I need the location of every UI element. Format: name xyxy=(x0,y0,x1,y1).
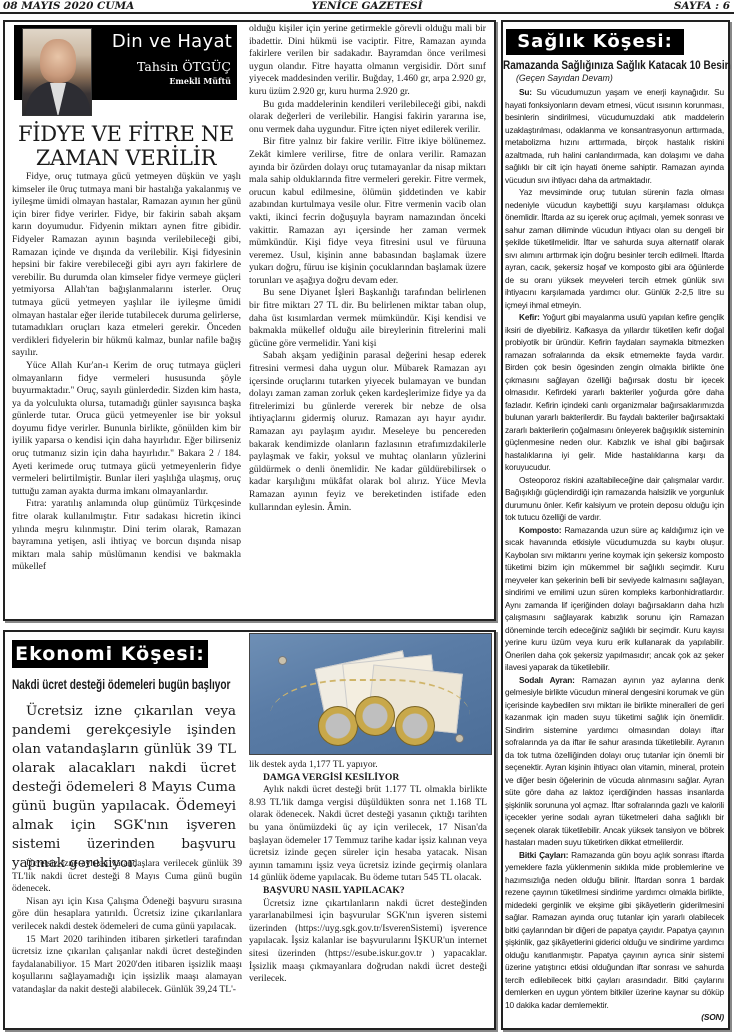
subheading: BAŞVURU NASIL YAPILACAK? xyxy=(249,885,487,898)
section-title: Ekonomi Köşesi: xyxy=(12,640,208,668)
paragraph: Nisan ayı için Kısa Çalışma Ödeneği başv… xyxy=(12,896,242,934)
paragraph: Bu sene Diyanet İşleri Başkanlığı tarafı… xyxy=(249,287,486,350)
author-photo xyxy=(22,28,92,116)
section-title: Din ve Hayat xyxy=(110,29,234,55)
author-role: Emekli Müftü xyxy=(110,75,234,87)
article-lead: Ücretsiz izne çıkarılan veya pandemi ger… xyxy=(12,702,236,873)
article-headline: Ramazanda Sağlığınıza Sağlık Katacak 10 … xyxy=(503,58,685,73)
paragraph-water: Su: Su vücudumuzun yaşam ve enerji kayna… xyxy=(505,86,724,186)
paragraph-kefir: Kefir: Yoğurt gibi mayalanma usulü yapıl… xyxy=(505,311,724,474)
paragraph: Bu gıda maddelerinin kendileri verilebil… xyxy=(249,99,486,137)
paragraph: lik destek ayda 1,177 TL yapıyor. xyxy=(249,759,487,772)
article-headline: FİDYE VE FİTRE NE ZAMAN VERİLİR xyxy=(12,122,240,170)
paragraph-sodali-ayran: Sodalı Ayran: Ramazan ayının yaz ayların… xyxy=(505,674,724,849)
paragraph: olduğu kişiler için yerine getirmekle gö… xyxy=(249,23,486,99)
paragraph: Aylık nakdi ücret desteği brüt 1.177 TL … xyxy=(249,784,487,885)
paragraph: Ücretsiz izne ayrılan vatandaşlara veril… xyxy=(12,858,242,896)
paragraph: Fidye, oruç tutmaya gücü yetmeyen düşkün… xyxy=(12,171,241,360)
jeans-pocket-photo xyxy=(249,633,492,755)
economy-column-1: Ücretsiz izne ayrılan vatandaşlara veril… xyxy=(12,858,242,997)
paragraph: 15 Mart 2020 tarihinden itibaren şirketl… xyxy=(12,934,242,997)
paragraph-bitki-caylari: Bitki Çayları: Ramazanda gün boyu açlık … xyxy=(505,849,724,1012)
paragraph: Ücretsiz izne çıkartılanların nakdi ücre… xyxy=(249,898,487,986)
section-title: Sağlık Köşesi: xyxy=(506,29,684,55)
article-column-2: olduğu kişiler için yerine getirmekle gö… xyxy=(249,23,486,514)
article-subtitle: (Geçen Sayıdan Devam) xyxy=(516,73,613,84)
page-number: SAYFA : 6 xyxy=(674,0,730,13)
masthead: 08 MAYIS 2020 CUMA YENİCE GAZETESİ SAYFA… xyxy=(0,0,734,14)
article-column-1: Fidye, oruç tutmaya gücü yetmeyen düşkün… xyxy=(12,171,241,574)
paragraph: Sabah akşam yediğinin parasal değerini h… xyxy=(249,350,486,514)
author-byline: Tahsin ÖTGÜÇ Emekli Müftü xyxy=(110,59,234,95)
end-mark: (SON) xyxy=(505,1011,724,1024)
author-name: Tahsin ÖTGÜÇ xyxy=(110,59,234,75)
paragraph-komposto: Komposto: Ramazanda uzun süre aç kaldığı… xyxy=(505,524,724,674)
health-article-body: Su: Su vücudumuzun yaşam ve enerji kayna… xyxy=(505,86,724,1024)
paragraph: Yaz mevsiminde oruç tutulan sürenin fazl… xyxy=(505,186,724,311)
newspaper-name: YENİCE GAZETESİ xyxy=(0,0,734,13)
subheading: DAMGA VERGİSİ KESİLİYOR xyxy=(249,772,487,785)
paragraph: Bir fitre yalnız bir fakire verilir. Fit… xyxy=(249,136,486,287)
paragraph: Fıtra: yaratılış anlamında olup günümüz … xyxy=(12,498,241,574)
paragraph: Yüce Allah Kur'an-ı Kerim de oruç tutmay… xyxy=(12,360,241,499)
column-header: Din ve Hayat Tahsin ÖTGÜÇ Emekli Müftü xyxy=(14,25,237,100)
article-headline: Nakdi ücret desteği ödemeleri bugün başl… xyxy=(12,676,230,693)
economy-column-2: lik destek ayda 1,177 TL yapıyor. DAMGA … xyxy=(249,759,487,986)
paragraph: Osteoporoz riskini azaltabileceğine dair… xyxy=(505,474,724,524)
